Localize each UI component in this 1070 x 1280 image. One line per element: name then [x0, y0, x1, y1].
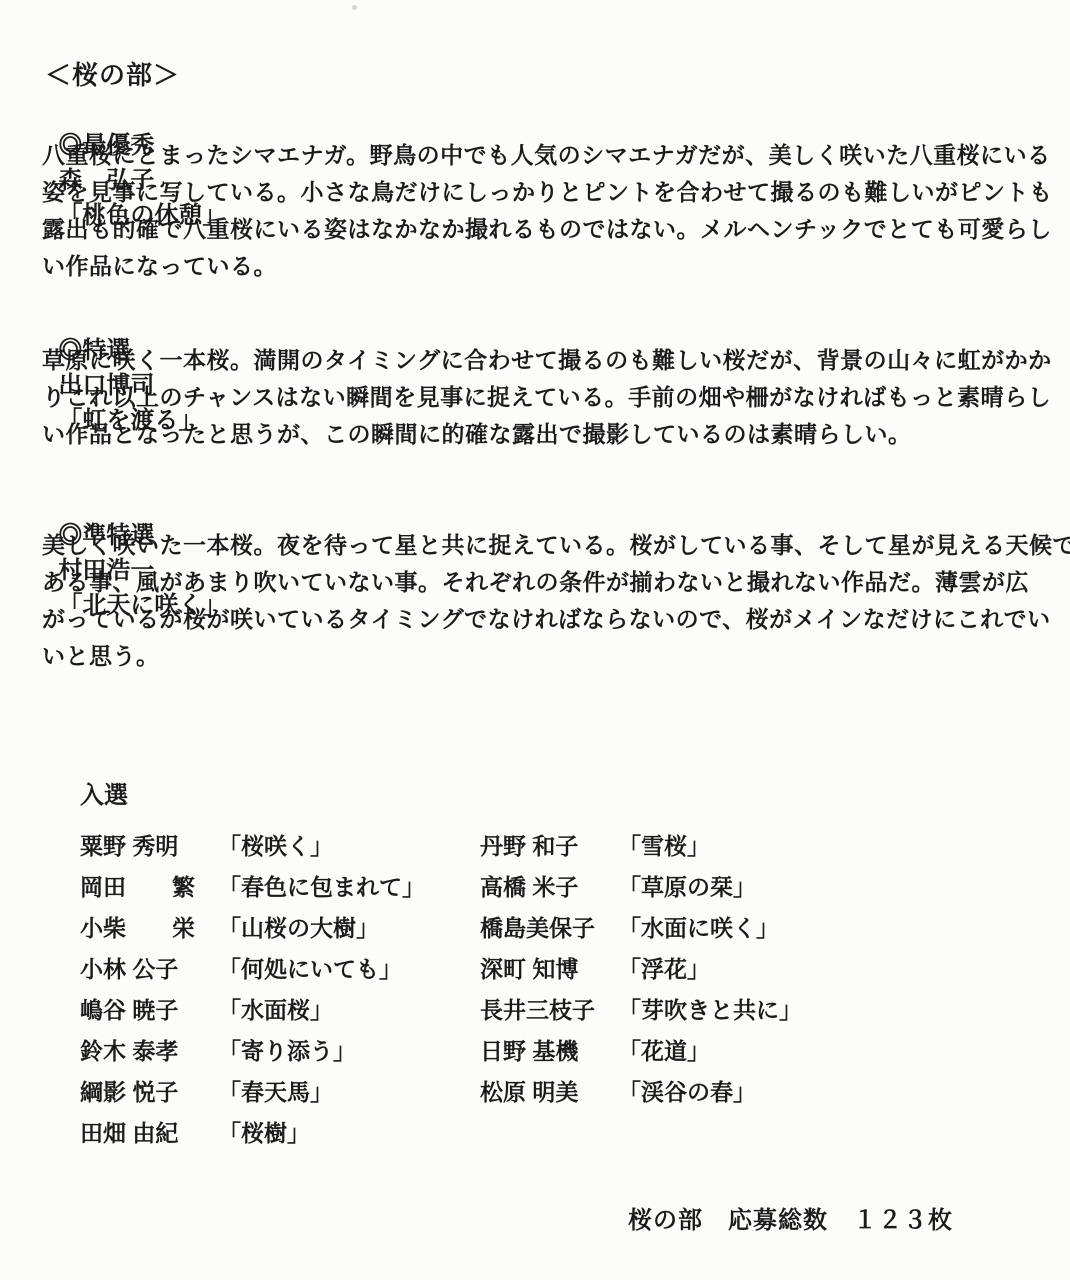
award-comment-special-selection: 草原に咲く一本桜。満開のタイミングに合わせて撮るのも難しい桜だが、背景の山々に虹…	[42, 342, 1052, 453]
comment-line: い作品となったと思うが、この瞬間に的確な露出で撮影しているのは素晴らしい。	[42, 416, 1052, 453]
comment-line: 草原に咲く一本桜。満開のタイミングに合わせて撮るのも難しい桜だが、背景の山々に虹…	[42, 342, 1052, 379]
selected-entry-row: 岡田 繁「春色に包まれて」	[80, 867, 480, 908]
comment-line: ある事、風があまり吹いていない事。それぞれの条件が揃わないと撮れない作品だ。薄雲…	[42, 564, 1070, 601]
work-title: 「芽吹きと共に」	[618, 997, 802, 1023]
award-comment-grand-prize: 八重桜にとまったシマエナガ。野鳥の中でも人気のシマエナガだが、美しく咲いた八重桜…	[42, 137, 1053, 285]
entrant-name: 岡田 繁	[80, 867, 218, 908]
entrant-name: 粟野 秀明	[80, 826, 218, 867]
work-title: 「草原の栞」	[618, 874, 756, 900]
entrant-name: 丹野 和子	[480, 826, 618, 867]
work-title: 「何処にいても」	[218, 956, 402, 982]
selected-entry-row: 嶋谷 暁子「水面桜」	[80, 990, 480, 1031]
selected-entry-row: 橋島美保子「水面に咲く」	[480, 908, 960, 949]
selected-entry-row: 日野 基機「花道」	[480, 1031, 960, 1072]
selected-entry-row: 田畑 由紀「桜樹」	[80, 1113, 480, 1154]
comment-line: りこれ以上のチャンスはない瞬間を見事に捉えている。手前の畑や柵がなければもっと素…	[42, 379, 1052, 416]
award-comment-semi-special-selection: 美しく咲いた一本桜。夜を待って星と共に捉えている。桜がしている事、そして星が見え…	[42, 527, 1070, 675]
work-title: 「春天馬」	[218, 1079, 333, 1105]
entrant-name: 鈴木 泰孝	[80, 1031, 218, 1072]
entrant-name: 松原 明美	[480, 1072, 618, 1113]
selected-entry-row: 小林 公子「何処にいても」	[80, 949, 480, 990]
comment-line: いと思う。	[42, 638, 1070, 675]
selected-entries-section: 入選 粟野 秀明「桜咲く」岡田 繁「春色に包まれて」小柴 栄「山桜の大樹」小林 …	[80, 775, 960, 1154]
comment-line: がっているが桜が咲いているタイミングでなければならないので、桜がメインなだけにこ…	[42, 601, 1070, 638]
selected-entry-row: 丹野 和子「雪桜」	[480, 826, 960, 867]
selected-entry-row: 小柴 栄「山桜の大樹」	[80, 908, 480, 949]
entrant-name: 田畑 由紀	[80, 1113, 218, 1154]
work-title: 「桜咲く」	[218, 833, 333, 859]
scan-speck	[352, 5, 357, 10]
entrant-name: 深町 知博	[480, 949, 618, 990]
selected-entry-row: 鈴木 泰孝「寄り添う」	[80, 1031, 480, 1072]
work-title: 「雪桜」	[618, 833, 710, 859]
work-title: 「寄り添う」	[218, 1038, 356, 1064]
work-title: 「水面桜」	[218, 997, 333, 1023]
entrant-name: 嶋谷 暁子	[80, 990, 218, 1031]
entrant-name: 橋島美保子	[480, 908, 618, 949]
work-title: 「山桜の大樹」	[218, 915, 379, 941]
entrant-name: 高橋 米子	[480, 867, 618, 908]
selected-entries-columns: 粟野 秀明「桜咲く」岡田 繁「春色に包まれて」小柴 栄「山桜の大樹」小林 公子「…	[80, 826, 960, 1154]
work-title: 「花道」	[618, 1038, 710, 1064]
selected-entry-row: 長井三枝子「芽吹きと共に」	[480, 990, 960, 1031]
selected-entry-row: 高橋 米子「草原の栞」	[480, 867, 960, 908]
entrant-name: 小林 公子	[80, 949, 218, 990]
selected-entries-right-column: 丹野 和子「雪桜」高橋 米子「草原の栞」橋島美保子「水面に咲く」深町 知博「浮花…	[480, 826, 960, 1154]
total-entries-footer: 桜の部 応募総数 １２３枚	[628, 1200, 953, 1235]
comment-line: 姿を見事に写している。小さな鳥だけにしっかりとピントを合わせて撮るのも難しいがピ…	[42, 174, 1053, 211]
section-header: ＜桜の部＞	[45, 55, 180, 92]
selected-entry-row: 粟野 秀明「桜咲く」	[80, 826, 480, 867]
comment-line: 露出も的確で八重桜にいる姿はなかなか撮れるものではない。メルヘンチックでとても可…	[42, 211, 1053, 248]
selected-entries-header: 入選	[80, 775, 960, 810]
comment-line: 八重桜にとまったシマエナガ。野鳥の中でも人気のシマエナガだが、美しく咲いた八重桜…	[42, 137, 1053, 174]
work-title: 「浮花」	[618, 956, 710, 982]
selected-entry-row: 松原 明美「渓谷の春」	[480, 1072, 960, 1113]
work-title: 「桜樹」	[218, 1120, 310, 1146]
comment-line: い作品になっている。	[42, 248, 1053, 285]
selected-entries-left-column: 粟野 秀明「桜咲く」岡田 繁「春色に包まれて」小柴 栄「山桜の大樹」小林 公子「…	[80, 826, 480, 1154]
comment-line: 美しく咲いた一本桜。夜を待って星と共に捉えている。桜がしている事、そして星が見え…	[42, 527, 1070, 564]
entrant-name: 綱影 悦子	[80, 1072, 218, 1113]
entrant-name: 日野 基機	[480, 1031, 618, 1072]
work-title: 「水面に咲く」	[618, 915, 779, 941]
entrant-name: 長井三枝子	[480, 990, 618, 1031]
work-title: 「渓谷の春」	[618, 1079, 756, 1105]
work-title: 「春色に包まれて」	[218, 874, 425, 900]
selected-entry-row: 深町 知博「浮花」	[480, 949, 960, 990]
entrant-name: 小柴 栄	[80, 908, 218, 949]
selected-entry-row: 綱影 悦子「春天馬」	[80, 1072, 480, 1113]
